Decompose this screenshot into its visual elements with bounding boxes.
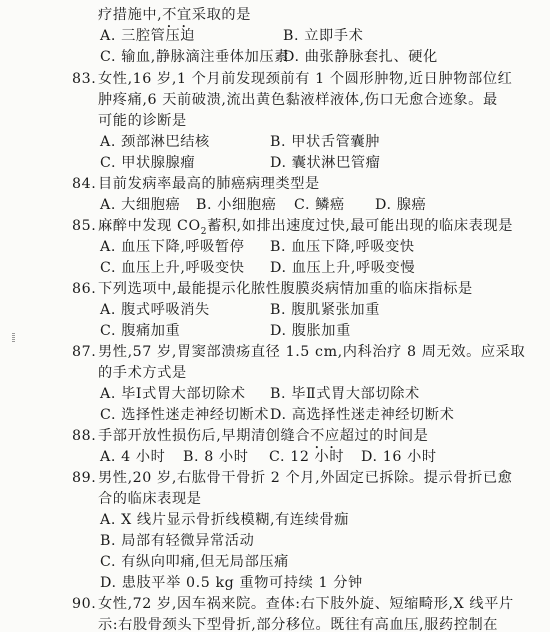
q82-option-b: B. 立即手术	[283, 27, 363, 45]
q89-option-b: B. 局部有轻微异常活动	[100, 532, 254, 550]
q82-option-c: C. 输血,静脉滴注垂体加压素	[100, 48, 289, 66]
q88-option-c: C. 12 小时	[269, 448, 344, 466]
q89-option-d: D. 患肢平举 0.5 kg 重物可持续 1 分钟	[100, 574, 363, 592]
q87-option-b: B. 毕Ⅱ式胃大部切除术	[270, 385, 420, 403]
q85-option-d: D. 血压上升,呼吸变慢	[270, 259, 415, 277]
q87-number: 87.	[72, 343, 96, 361]
q82-option-a: A. 三腔管压迫	[100, 27, 195, 45]
q83-option-c: C. 甲状腺腺瘤	[100, 154, 195, 172]
q83-option-b: B. 甲状舌管囊肿	[270, 133, 380, 151]
margin-mark	[12, 333, 15, 343]
q85-number: 85.	[72, 217, 96, 235]
q89-number: 89.	[72, 469, 96, 487]
q85-stem: 麻醉中发现 CO2蓄积,如排出速度过快,最可能出现的临床表现是	[98, 217, 513, 235]
q83-stem-line1: 女性,16 岁,1 个月前发现颈前有 1 个圆形肿物,近日肿物部位红	[98, 70, 512, 88]
q88-option-a: A. 4 小时	[100, 448, 165, 466]
q88-emphasis: 不应	[310, 428, 340, 444]
q82-emphasis: 不宜	[162, 7, 192, 23]
q83-stem-line3: 可能的诊断是	[98, 112, 187, 130]
q83-number: 83.	[72, 70, 96, 88]
q86-option-a: A. 腹式呼吸消失	[100, 301, 210, 319]
q85-option-b: B. 血压下降,呼吸变快	[270, 238, 415, 256]
q84-stem: 目前发病率最高的肺癌病理类型是	[98, 175, 320, 193]
q83-option-a: A. 颈部淋巴结核	[100, 133, 210, 151]
q82-stem-text-post: 采取的是	[192, 7, 251, 23]
q85-option-a: A. 血压下降,呼吸暂停	[100, 238, 245, 256]
q83-stem-line2: 肿疼痛,6 天前破溃,流出黄色黏液样液体,伤口无愈合迹象。最	[98, 91, 498, 109]
q83-option-d: D. 囊状淋巴管瘤	[270, 154, 380, 172]
q86-stem: 下列选项中,最能提示化脓性腹膜炎病情加重的临床指标是	[98, 280, 473, 298]
q84-option-b: B. 小细胞癌	[196, 196, 276, 214]
q84-number: 84.	[72, 175, 96, 193]
q89-option-a: A. X 线片显示骨折线模糊,有连续骨痂	[100, 511, 349, 529]
q88-option-d: D. 16 小时	[361, 448, 437, 466]
q86-number: 86.	[72, 280, 96, 298]
q82-option-d: D. 曲张静脉套扎、硬化	[283, 48, 438, 66]
q84-option-c: C. 鳞癌	[294, 196, 345, 214]
q87-option-a: A. 毕Ⅰ式胃大部切除术	[100, 385, 246, 403]
q87-option-d: D. 高选择性迷走神经切断术	[270, 406, 454, 424]
q89-stem-line2: 合的临床表现是	[98, 490, 202, 508]
q85-option-c: C. 血压上升,呼吸变快	[100, 259, 245, 277]
q90-stem-line2: 示:右股骨颈头下型骨折,部分移位。既往有高血压,服药控制在	[98, 616, 498, 632]
q87-stem-line1: 男性,57 岁,胃窦部溃疡直径 1.5 cm,内科治疗 8 周无效。应采取	[98, 343, 525, 361]
q82-stem-text: 疗措施中,	[98, 7, 162, 23]
q89-option-c: C. 有纵向叩痛,但无局部压痛	[100, 553, 289, 571]
q84-option-a: A. 大细胞癌	[100, 196, 180, 214]
q90-stem-line1: 女性,72 岁,因车祸来院。查体:右下肢外旋、短缩畸形,X 线平片	[98, 595, 514, 613]
q88-option-b: B. 8 小时	[183, 448, 249, 466]
q86-option-d: D. 腹胀加重	[270, 322, 351, 340]
q86-option-b: B. 腹肌紧张加重	[270, 301, 380, 319]
q86-option-c: C. 腹痛加重	[100, 322, 180, 340]
q87-option-c: C. 选择性迷走神经切断术	[100, 406, 269, 424]
q88-number: 88.	[72, 427, 96, 445]
q87-stem-line2: 的手术方式是	[98, 364, 187, 382]
q90-number: 90.	[72, 595, 96, 613]
exam-page: 疗措施中,不宜采取的是 A. 三腔管压迫 B. 立即手术 C. 输血,静脉滴注垂…	[0, 0, 550, 632]
q89-stem-line1: 男性,20 岁,右肱骨干骨折 2 个月,外固定已拆除。提示骨折已愈	[98, 469, 512, 487]
q84-option-d: D. 腺癌	[375, 196, 426, 214]
